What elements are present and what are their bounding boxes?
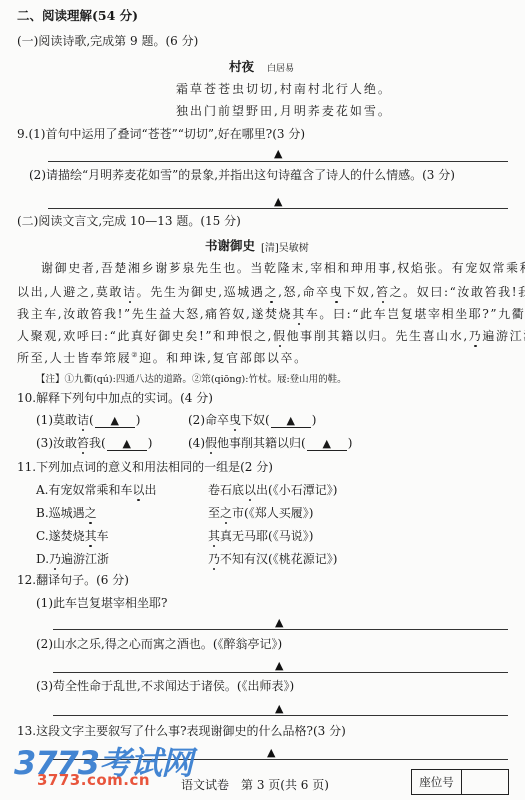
dotted-char: 诘 <box>123 285 137 299</box>
q13-stem: 13.这段文字主要叙写了什么事?表现谢御史的什么品格?(3 分) <box>17 722 346 739</box>
dotted-char: 假 <box>273 329 287 343</box>
option-text: 出 <box>145 483 157 497</box>
passage-text: 谢御史者,吾楚湘乡谢芗泉先生也。当乾隆末,宰相和珅用事,权焰张。有宠奴常乘和车 <box>41 261 525 275</box>
dotted-char: 笞 <box>77 436 89 450</box>
passage-line-5: 所至,人士皆奉筇屐②迎。和珅诛,复官部郎以卒。 <box>17 349 308 366</box>
q11-option-a-right: 卷石底以出(《小石潭记》) <box>208 481 337 498</box>
q9-sub2: (2)请描绘“月明荞麦花如雪”的景象,并指出这句诗蕴含了诗人的什么情感。(3 分… <box>29 166 455 183</box>
q11-stem: 11.下列加点词的意义和用法相同的一组是(2 分) <box>17 458 273 475</box>
dotted-char: 其 <box>292 307 306 321</box>
poem-author: 白居易 <box>267 61 294 74</box>
q10-text: (1)莫敢 <box>36 413 77 427</box>
q12-sentence-3: (3)苟全性命于乱世,不求闻达于诸侯。(《出师表》) <box>36 677 294 694</box>
answer-marker-icon: ▲ <box>275 660 283 671</box>
q11-option-b-left[interactable]: B.巡城遇之 <box>36 504 97 521</box>
passage-text: 之。奴曰:“汝敢笞我!我乘 <box>390 285 525 299</box>
passage-text: 迎。和珅诛,复官部郎以卒。 <box>139 351 308 365</box>
dotted-char: 乃 <box>49 552 61 566</box>
q12-stem: 12.翻译句子。(6 分) <box>17 571 129 588</box>
dotted-char: 假 <box>205 436 217 450</box>
option-text: 至 <box>208 506 220 520</box>
passage-line-4: 人聚观,欢呼曰:“此真好御史矣!”和珅恨之,假他事削其籍以归。先生喜山水,乃遍游… <box>17 327 525 344</box>
option-text: 不知有汉(《桃花源记》) <box>220 552 337 566</box>
answer-line-q9-2[interactable] <box>48 208 508 209</box>
footnote-ref: ② <box>131 351 139 359</box>
answer-blank[interactable]: ▲ <box>271 415 311 428</box>
passage-text: 所至,人士皆奉筇屐 <box>17 351 131 365</box>
dotted-char: 其 <box>85 529 97 543</box>
answer-blank[interactable]: ▲ <box>307 438 347 451</box>
answer-line-q12-2[interactable] <box>53 672 508 673</box>
answer-line-q12-3[interactable] <box>53 715 508 716</box>
passage-line-1: 谢御史者,吾楚湘乡谢芗泉先生也。当乾隆末,宰相和珅用事,权焰张。有宠奴常乘和车 <box>41 259 525 276</box>
answer-marker-icon: ▲ <box>274 196 282 207</box>
dotted-char: 曳 <box>229 413 241 427</box>
answer-line-q9-1[interactable] <box>48 161 508 162</box>
q9-sub1: 9.(1)首句中运用了叠词“苍苍”“切切”,好在哪里?(3 分) <box>17 125 305 142</box>
answer-marker-icon: ▲ <box>275 703 283 714</box>
dotted-char: 乃 <box>208 552 220 566</box>
option-text: 卷石底 <box>208 483 244 497</box>
dotted-char: 之 <box>220 506 232 520</box>
passage-text: 遍游江浙。 <box>482 329 525 343</box>
dotted-char: 之 <box>85 506 97 520</box>
passage-text: 他事削其籍以归。先生喜山水, <box>287 329 469 343</box>
seat-number-field[interactable] <box>462 770 508 794</box>
dotted-char: 之 <box>264 285 278 299</box>
passage-author: [清]吴敏树 <box>261 239 309 254</box>
answer-marker-icon: ▲ <box>275 617 283 628</box>
part2-instruction: (二)阅读文言文,完成 10—13 题。(15 分) <box>17 212 241 229</box>
poem-title: 村夜 <box>229 57 254 75</box>
q10-text: 下奴 <box>241 413 265 427</box>
answer-blank[interactable]: ▲ <box>107 438 147 451</box>
option-text: D. <box>36 552 49 566</box>
dotted-char: 乃 <box>469 329 483 343</box>
dotted-char: 笞 <box>376 285 390 299</box>
dotted-char: 以 <box>132 483 144 497</box>
watermark-url: 3773.com.cn <box>37 771 150 789</box>
dotted-char: 曳 <box>330 285 344 299</box>
option-text: 真无马耶(《马说》) <box>220 529 313 543</box>
q10-stem: 10.解释下列句中加点的实词。(4 分) <box>17 389 213 406</box>
option-text: 出(《小石潭记》) <box>256 483 337 497</box>
q10-item-3: (3)汝敢笞我(▲) <box>36 434 152 451</box>
passage-title: 书谢御史 <box>205 236 255 254</box>
passage-text: 我主车,汝敢笞我!”先生益大怒,痛笞奴,遂焚烧 <box>17 307 292 321</box>
q10-text: 他事削其籍以归 <box>217 436 301 450</box>
passage-line-2: 以出,人避之,莫敢诘。先生为御史,巡城遇之,怒,命卒曳下奴,笞之。奴曰:“汝敢笞… <box>17 283 525 300</box>
page-info: 语文试卷 第 3 页(共 6 页) <box>181 776 329 793</box>
section-title: 二、阅读理解(54 分) <box>17 6 138 24</box>
option-text: C.遂焚烧 <box>36 529 85 543</box>
option-text: A.有宠奴常乘和车 <box>36 483 132 497</box>
dotted-char: 诘 <box>77 413 89 427</box>
option-text: B.巡城遇 <box>36 506 85 520</box>
seat-number-box: 座位号 <box>411 769 509 795</box>
passage-text: 。先生为御史,巡城遇 <box>137 285 265 299</box>
dotted-char: 其 <box>208 529 220 543</box>
dotted-char: 以 <box>244 483 256 497</box>
q11-option-c-left[interactable]: C.遂焚烧其车 <box>36 527 109 544</box>
q11-option-b-right: 至之市(《郑人买履》) <box>208 504 313 521</box>
q12-sentence-2: (2)山水之乐,得之心而寓之酒也。(《醉翁亭记》) <box>36 635 282 652</box>
passage-note: 【注】①九衢(qú):四通八达的道路。②筇(qiōng):竹杖。屐:登山用的鞋。 <box>36 371 347 385</box>
passage-text: 人聚观,欢呼曰:“此真好御史矣!”和珅恨之, <box>17 329 273 343</box>
answer-marker-icon: ▲ <box>274 148 282 159</box>
option-text: 市(《郑人买履》) <box>232 506 313 520</box>
answer-marker-icon: ▲ <box>267 747 275 758</box>
q10-item-1: (1)莫敢诘(▲) <box>36 411 140 428</box>
q10-text: (4) <box>188 436 205 450</box>
q10-text: (2)命卒 <box>188 413 229 427</box>
option-text: 车 <box>97 529 109 543</box>
q10-text: (3)汝敢 <box>36 436 77 450</box>
q11-option-a-left[interactable]: A.有宠奴常乘和车以出 <box>36 481 157 498</box>
q10-item-2: (2)命卒曳下奴(▲) <box>188 411 316 428</box>
answer-blank[interactable]: ▲ <box>95 415 135 428</box>
answer-line-q12-1[interactable] <box>53 629 508 630</box>
q11-option-d-left[interactable]: D.乃遍游江浙 <box>36 550 109 567</box>
passage-text: 以出,人避之,莫敢 <box>17 285 123 299</box>
passage-text: 车。曰:“此车岂复堪宰相坐耶?”九衢 <box>306 307 525 321</box>
passage-line-3: 我主车,汝敢笞我!”先生益大怒,痛笞奴,遂焚烧其车。曰:“此车岂复堪宰相坐耶?”… <box>17 305 525 322</box>
passage-text: ,怒,命卒 <box>278 285 330 299</box>
q10-item-4: (4)假他事削其籍以归(▲) <box>188 434 352 451</box>
q11-option-c-right: 其真无马耶(《马说》) <box>208 527 313 544</box>
poem-line-2: 独出门前望野田,月明荞麦花如雪。 <box>176 102 392 119</box>
option-text: 遍游江浙 <box>61 552 109 566</box>
q10-text: 我 <box>89 436 101 450</box>
q12-sentence-1: (1)此车岂复堪宰相坐耶? <box>36 594 167 611</box>
q11-option-d-right: 乃不知有汉(《桃花源记》) <box>208 550 337 567</box>
seat-number-label: 座位号 <box>412 770 462 794</box>
part1-instruction: (一)阅读诗歌,完成第 9 题。(6 分) <box>17 32 198 49</box>
passage-text: 下奴, <box>343 285 376 299</box>
poem-line-1: 霜草苍苍虫切切,村南村北行人绝。 <box>176 80 392 97</box>
